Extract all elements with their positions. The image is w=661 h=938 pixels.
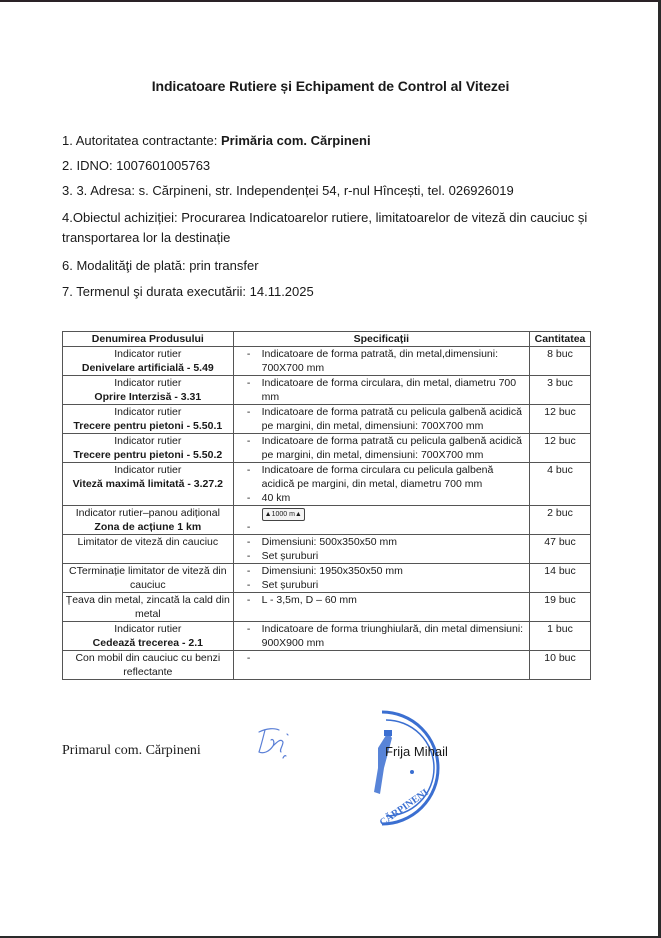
- page-border-top: [0, 0, 661, 2]
- specification-cell: -Indicatoare de forma triunghiulară, din…: [233, 622, 529, 651]
- spec-text: 40 km: [262, 491, 527, 505]
- specification-cell: -Indicatoare de forma patrată cu pelicul…: [233, 405, 529, 434]
- spec-text: Dimensiuni: 1950x350x50 mm: [262, 564, 527, 578]
- quantity-cell: 3 buc: [530, 376, 591, 405]
- spec-line: -Dimensiuni: 1950x350x50 mm: [236, 564, 527, 578]
- product-name: CTerminație limitator de viteză din cauc…: [65, 564, 231, 592]
- table-row: Indicator rutierOprire Interzisă - 3.31-…: [63, 376, 591, 405]
- table-row: Con mobil din cauciuc cu benzi reflectan…: [63, 651, 591, 680]
- spec-line: -40 km: [236, 491, 527, 505]
- spec-text: [262, 651, 527, 665]
- product-sign-code: Viteză maximă limitată - 3.27.2: [65, 477, 231, 491]
- bullet-dash: -: [236, 549, 262, 563]
- product-name-cell: Indicator rutierTrecere pentru pietoni -…: [63, 434, 234, 463]
- spec-line: -: [236, 651, 527, 665]
- table-row: Indicator rutierViteză maximă limitată -…: [63, 463, 591, 506]
- specification-cell: -Dimensiuni: 1950x350x50 mm-Set șuruburi: [233, 564, 529, 593]
- product-sign-code: Trecere pentru pietoni - 5.50.1: [65, 419, 231, 433]
- product-name: Indicator rutier: [65, 405, 231, 419]
- spec-line: -L - 3,5m, D – 60 mm: [236, 593, 527, 607]
- product-name-cell: Indicator rutierCedează trecerea - 2.1: [63, 622, 234, 651]
- spec-line: -Indicatoare de forma patrată cu pelicul…: [236, 434, 527, 462]
- mayor-name: Frija Mihail: [385, 744, 448, 759]
- specification-cell: -Indicatoare de forma patrată, din metal…: [233, 347, 529, 376]
- bullet-dash: -: [236, 506, 262, 534]
- spec-line: -▲1000 m▲: [236, 506, 527, 534]
- product-name: Indicator rutier: [65, 622, 231, 636]
- table-row: Indicator rutierTrecere pentru pietoni -…: [63, 405, 591, 434]
- product-sign-code: Oprire Interzisă - 3.31: [65, 390, 231, 404]
- spec-line: -Indicatoare de forma patrată, din metal…: [236, 347, 527, 375]
- spec-line: -Indicatoare de forma circulara cu pelic…: [236, 463, 527, 491]
- product-name-cell: Limitator de viteză din cauciuc: [63, 535, 234, 564]
- bullet-dash: -: [236, 622, 262, 650]
- quantity-cell: 2 buc: [530, 506, 591, 535]
- product-name: Indicator rutier: [65, 376, 231, 390]
- table-row: Limitator de viteză din cauciuc-Dimensiu…: [63, 535, 591, 564]
- spec-line: -Indicatoare de forma circulara, din met…: [236, 376, 527, 404]
- authority-value: Primăria com. Cărpineni: [221, 133, 371, 148]
- bullet-dash: -: [236, 535, 262, 549]
- spec-text: Indicatoare de forma triunghiulară, din …: [262, 622, 527, 650]
- specification-cell: -: [233, 651, 529, 680]
- bullet-dash: -: [236, 564, 262, 578]
- product-name: Limitator de viteză din cauciuc: [65, 535, 231, 549]
- product-name-cell: Indicator rutierDenivelare artificială -…: [63, 347, 234, 376]
- specification-cell: -Indicatoare de forma circulara, din met…: [233, 376, 529, 405]
- bullet-dash: -: [236, 434, 262, 462]
- table-row: Indicator rutierDenivelare artificială -…: [63, 347, 591, 376]
- product-name: Țeava din metal, zincată la cald din met…: [65, 593, 231, 621]
- table-row: CTerminație limitator de viteză din cauc…: [63, 564, 591, 593]
- spec-line: -Set șuruburi: [236, 578, 527, 592]
- specification-cell: -Indicatoare de forma patrată cu pelicul…: [233, 434, 529, 463]
- product-sign-code: Trecere pentru pietoni - 5.50.2: [65, 448, 231, 462]
- specification-cell: -Indicatoare de forma circulara cu pelic…: [233, 463, 529, 506]
- product-name-cell: Țeava din metal, zincată la cald din met…: [63, 593, 234, 622]
- spec-text: Indicatoare de forma circulara cu pelicu…: [262, 463, 527, 491]
- product-name-cell: Indicator rutierOprire Interzisă - 3.31: [63, 376, 234, 405]
- spec-text: Dimensiuni: 500x350x50 mm: [262, 535, 527, 549]
- products-table: Denumirea Produsului Specificații Cantit…: [62, 331, 591, 680]
- product-name: Indicator rutier–panou adițional: [65, 506, 231, 520]
- quantity-cell: 12 buc: [530, 434, 591, 463]
- spec-text: Indicatoare de forma patrată cu pelicula…: [262, 405, 527, 433]
- panel-sign-image: ▲1000 m▲: [262, 508, 305, 521]
- document-title: Indicatoare Rutiere și Echipament de Con…: [0, 78, 661, 94]
- signature: [253, 724, 297, 764]
- bullet-dash: -: [236, 405, 262, 433]
- table-row: Indicator rutier–panou adiționalZona de …: [63, 506, 591, 535]
- authority-line: 1. Autoritatea contractante: Primăria co…: [62, 133, 371, 148]
- bullet-dash: -: [236, 651, 262, 665]
- quantity-cell: 19 buc: [530, 593, 591, 622]
- specification-cell: -Dimensiuni: 500x350x50 mm-Set șuruburi: [233, 535, 529, 564]
- bullet-dash: -: [236, 347, 262, 375]
- quantity-cell: 12 buc: [530, 405, 591, 434]
- quantity-cell: 8 buc: [530, 347, 591, 376]
- header-quantity: Cantitatea: [530, 332, 591, 347]
- bullet-dash: -: [236, 463, 262, 491]
- panel-sign-text: 1000 m: [272, 511, 295, 518]
- product-name: Indicator rutier: [65, 347, 231, 361]
- bullet-dash: -: [236, 578, 262, 592]
- payment-line: 6. Modalităţi de plată: prin transfer: [62, 258, 259, 273]
- table-row: Țeava din metal, zincată la cald din met…: [63, 593, 591, 622]
- product-sign-code: Denivelare artificială - 5.49: [65, 361, 231, 375]
- arrow-up-icon: ▲: [265, 511, 272, 518]
- product-name: Con mobil din cauciuc cu benzi reflectan…: [65, 651, 231, 679]
- spec-text: Set șuruburi: [262, 578, 527, 592]
- authority-label: 1. Autoritatea contractante:: [62, 133, 221, 148]
- header-product-name: Denumirea Produsului: [63, 332, 234, 347]
- quantity-cell: 14 buc: [530, 564, 591, 593]
- quantity-cell: 1 buc: [530, 622, 591, 651]
- table-row: Indicator rutierCedează trecerea - 2.1-I…: [63, 622, 591, 651]
- spec-text: Indicatoare de forma circulara, din meta…: [262, 376, 527, 404]
- product-name-cell: Indicator rutier–panou adiționalZona de …: [63, 506, 234, 535]
- bullet-dash: -: [236, 376, 262, 404]
- spec-text: Indicatoare de forma patrată, din metal,…: [262, 347, 527, 375]
- arrow-up-icon: ▲: [295, 511, 302, 518]
- mayor-title: Primarul com. Cărpineni: [62, 743, 201, 759]
- table-row: Indicator rutierTrecere pentru pietoni -…: [63, 434, 591, 463]
- product-sign-code: Zona de acțiune 1 km: [65, 520, 231, 534]
- product-name-cell: Indicator rutierViteză maximă limitată -…: [63, 463, 234, 506]
- product-name-cell: Con mobil din cauciuc cu benzi reflectan…: [63, 651, 234, 680]
- product-name: Indicator rutier: [65, 434, 231, 448]
- term-line: 7. Termenul şi durata executării: 14.11.…: [62, 284, 314, 299]
- specification-cell: -L - 3,5m, D – 60 mm: [233, 593, 529, 622]
- spec-text: Set șuruburi: [262, 549, 527, 563]
- spec-text: Indicatoare de forma patrată cu pelicula…: [262, 434, 527, 462]
- object-line: 4.Obiectul achiziției: Procurarea Indica…: [62, 208, 602, 248]
- specification-cell: -▲1000 m▲: [233, 506, 529, 535]
- bullet-dash: -: [236, 593, 262, 607]
- product-sign-code: Cedează trecerea - 2.1: [65, 636, 231, 650]
- idno-line: 2. IDNO: 1007601005763: [62, 158, 210, 173]
- spec-line: -Indicatoare de forma patrată cu pelicul…: [236, 405, 527, 433]
- quantity-cell: 10 buc: [530, 651, 591, 680]
- quantity-cell: 47 buc: [530, 535, 591, 564]
- address-line: 3. 3. Adresa: s. Cărpineni, str. Indepen…: [62, 183, 514, 198]
- header-specifications: Specificații: [233, 332, 529, 347]
- spec-line: -Dimensiuni: 500x350x50 mm: [236, 535, 527, 549]
- spec-line: -Set șuruburi: [236, 549, 527, 563]
- product-name: Indicator rutier: [65, 463, 231, 477]
- spec-text: L - 3,5m, D – 60 mm: [262, 593, 527, 607]
- official-stamp: CĂRPINENI: [362, 708, 442, 828]
- product-name-cell: Indicator rutierTrecere pentru pietoni -…: [63, 405, 234, 434]
- quantity-cell: 4 buc: [530, 463, 591, 506]
- bullet-dash: -: [236, 491, 262, 505]
- table-header-row: Denumirea Produsului Specificații Cantit…: [63, 332, 591, 347]
- spec-line: -Indicatoare de forma triunghiulară, din…: [236, 622, 527, 650]
- product-name-cell: CTerminație limitator de viteză din cauc…: [63, 564, 234, 593]
